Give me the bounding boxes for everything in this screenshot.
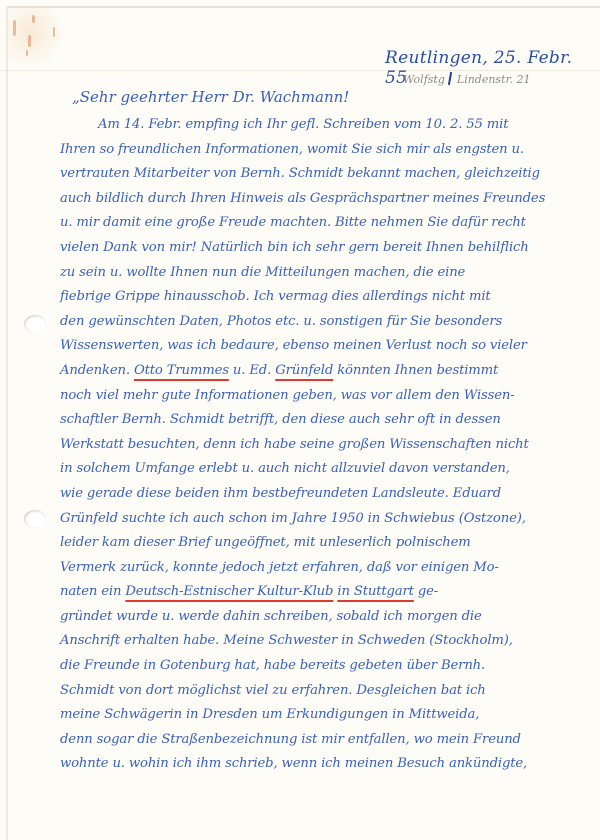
line-text: u. Ed. — [229, 363, 275, 378]
pencil-address: WolfstgLindenstr. 21 — [403, 72, 531, 86]
rust-stain-mark — [32, 15, 35, 23]
paper-top-edge — [8, 6, 600, 8]
letter-line: leider kam dieser Brief ungeöffnet, mit … — [60, 531, 590, 556]
letter-line: den gewünschten Daten, Photos etc. u. so… — [60, 310, 590, 335]
letter-line: Schmidt von dort möglichst viel zu erfah… — [60, 679, 590, 704]
red-underlined-text: Otto Trummes — [134, 363, 229, 378]
letter-page: Reutlingen, 25. Febr. 55 WolfstgLindenst… — [0, 0, 600, 840]
pencil-address-right: Lindenstr. 21 — [457, 73, 531, 86]
punch-hole — [24, 510, 46, 528]
letter-line: fiebrige Grippe hinausschob. Ich vermag … — [60, 285, 590, 310]
ink-stroke — [448, 72, 452, 85]
letter-line: wohnte u. wohin ich ihm schrieb, wenn ic… — [60, 752, 590, 777]
paper-left-edge — [6, 6, 8, 840]
line-text: Andenken. — [60, 363, 134, 378]
letter-line: noch viel mehr gute Informationen geben,… — [60, 384, 590, 409]
letter-line: Grünfeld suchte ich auch schon im Jahre … — [60, 507, 590, 532]
letter-line: u. mir damit eine große Freude machten. … — [60, 211, 590, 236]
letter-line: vertrauten Mitarbeiter von Bernh. Schmid… — [60, 162, 590, 187]
letter-line: Wissenswerten, was ich bedaure, ebenso m… — [60, 334, 590, 359]
letter-line: in solchem Umfange erlebt u. auch nicht … — [60, 457, 590, 482]
red-underlined-text: Grünfeld — [275, 363, 333, 378]
letter-line: wie gerade diese beiden ihm bestbefreund… — [60, 482, 590, 507]
letter-line: schaftler Bernh. Schmidt betrifft, den d… — [60, 408, 590, 433]
rust-stain-mark — [13, 20, 16, 36]
letter-line: Werkstatt besuchten, denn ich habe seine… — [60, 433, 590, 458]
letter-line: gründet wurde u. werde dahin schreiben, … — [60, 605, 590, 630]
salutation: „Sehr geehrter Herr Dr. Wachmann! — [72, 88, 349, 106]
line-text: naten ein — [60, 584, 125, 599]
letter-body: Am 14. Febr. empfing ich Ihr gefl. Schre… — [60, 113, 590, 777]
letter-line: auch bildlich durch Ihren Hinweis als Ge… — [60, 187, 590, 212]
line-text: ge- — [414, 584, 438, 599]
rust-stain-area — [8, 8, 64, 70]
letter-line: Vermerk zurück, konnte jedoch jetzt erfa… — [60, 556, 590, 581]
line-text: könnten Ihnen bestimmt — [333, 363, 498, 378]
letter-line: Am 14. Febr. empfing ich Ihr gefl. Schre… — [60, 113, 590, 138]
punch-hole — [24, 315, 46, 333]
letter-line: Andenken. Otto Trummes u. Ed. Grünfeld k… — [60, 359, 590, 384]
letter-line: Anschrift erhalten habe. Meine Schwester… — [60, 629, 590, 654]
rust-stain-mark — [53, 27, 55, 37]
rust-stain-mark — [26, 50, 28, 56]
red-underlined-text: Deutsch-Estnischer Kultur-Klub — [125, 584, 333, 599]
letter-line: die Freunde in Gotenburg hat, habe berei… — [60, 654, 590, 679]
letter-line: zu sein u. wollte Ihnen nun die Mitteilu… — [60, 261, 590, 286]
pencil-address-left: Wolfstg — [403, 73, 445, 86]
red-underlined-text: in Stuttgart — [337, 584, 413, 599]
letter-line: Ihren so freundlichen Informationen, wom… — [60, 138, 590, 163]
letter-line: meine Schwägerin in Dresden um Erkundigu… — [60, 703, 590, 728]
letter-line: denn sogar die Straßenbezeichnung ist mi… — [60, 728, 590, 753]
letter-line: vielen Dank von mir! Natürlich bin ich s… — [60, 236, 590, 261]
rust-stain-mark — [28, 35, 31, 47]
letter-line: naten ein Deutsch-Estnischer Kultur-Klub… — [60, 580, 590, 605]
